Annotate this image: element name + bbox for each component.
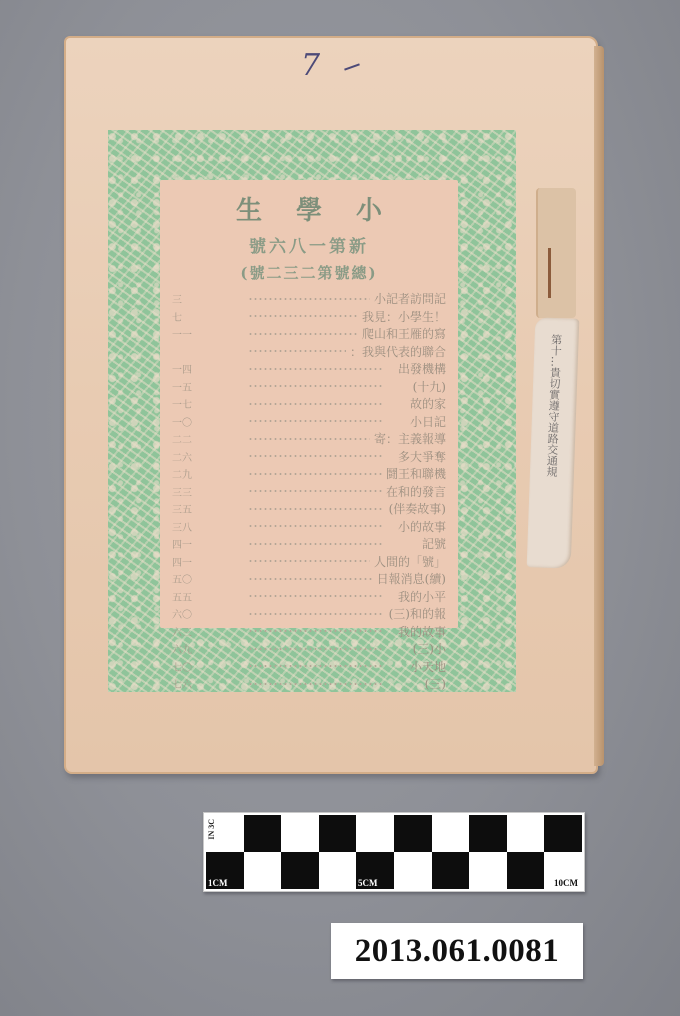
toc-row: 五〇日報消息(續): [172, 570, 446, 588]
toc-leader-dots: [248, 595, 382, 597]
toc-page-number: 七〇: [172, 659, 210, 674]
handwritten-dash: [344, 63, 360, 70]
toc-leader-dots: [248, 473, 382, 475]
toc-leader-dots: [248, 490, 382, 492]
toc-title: 我見：小學生！: [362, 308, 446, 325]
handwritten-mark: 7: [301, 48, 320, 83]
toc-row: 三八小的故事: [172, 518, 446, 536]
toc-page-number: 六〇: [172, 606, 210, 621]
toc-title: 我的故事: [386, 623, 446, 640]
toc-title: 人間的「號」: [374, 553, 446, 570]
toc-title: (三)小: [386, 640, 446, 657]
scale-cell-light: [469, 852, 507, 889]
toc-row: 六〇(三)和的報: [172, 605, 446, 623]
toc-page-number: 三五: [172, 501, 210, 516]
toc-title: 寄：主義報導: [374, 430, 446, 447]
toc-title: 小的故事: [386, 518, 446, 535]
table-of-contents: 三小記者訪問記七我見：小學生！一一爬山和王雁的寫：我與代表的聯合一四出發機構一五…: [172, 290, 446, 693]
toc-page-number: 一〇: [172, 414, 210, 429]
scale-cell-dark: [394, 815, 432, 852]
scale-cell-light: [394, 852, 432, 889]
scale-cell-light: [319, 852, 357, 889]
toc-page-number: 三三: [172, 484, 210, 499]
toc-title: (十九): [386, 378, 446, 395]
toc-row: 一四出發機構: [172, 360, 446, 378]
scale-cell-dark: [244, 815, 282, 852]
toc-leader-dots: [248, 420, 382, 422]
toc-page-number: 三八: [172, 519, 210, 534]
toc-page-number: 六三: [172, 624, 210, 639]
toc-title: 小日記: [386, 413, 446, 430]
toc-page-number: 一五: [172, 379, 210, 394]
magazine-page-edge: [594, 46, 604, 766]
toc-leader-dots: [248, 665, 382, 667]
toc-leader-dots: [248, 525, 382, 527]
toc-page-number: 五五: [172, 589, 210, 604]
rust-staple-mark: [548, 248, 551, 298]
toc-title: 我的小平: [386, 588, 446, 605]
toc-row: 一〇小日記: [172, 413, 446, 431]
toc-leader-dots: [248, 648, 382, 650]
scale-cell-light: [281, 815, 319, 852]
issue-number: 號六八一第新: [160, 232, 458, 257]
toc-page-number: 四一: [172, 536, 210, 551]
toc-title: 鬪王和聯機: [386, 465, 446, 482]
toc-row: 六三我的故事: [172, 623, 446, 641]
scale-cell-dark: [281, 852, 319, 889]
scale-cell-light: [356, 815, 394, 852]
toc-row: 三小記者訪問記: [172, 290, 446, 308]
toc-leader-dots: [248, 630, 382, 632]
toc-leader-dots: [248, 543, 382, 545]
toc-row: 二二寄：主義報導: [172, 430, 446, 448]
toc-leader-dots: [248, 368, 382, 370]
toc-page-number: 七: [172, 309, 210, 324]
toc-title: 小記者訪問記: [374, 290, 446, 307]
toc-page-number: 一一: [172, 326, 210, 341]
toc-page-number: 四一: [172, 554, 210, 569]
scale-label-5cm: 5CM: [358, 878, 378, 888]
toc-title: 日報消息(續): [377, 570, 446, 587]
toc-leader-dots: [248, 560, 370, 562]
toc-leader-dots: [248, 333, 358, 335]
scale-cell-light: [507, 815, 545, 852]
toc-row: 一一爬山和王雁的寫: [172, 325, 446, 343]
spine-label-text: 第十…貴切實遵守道路交通規: [544, 334, 563, 477]
toc-row: 三五(伴奏故事): [172, 500, 446, 518]
scale-cell-light: [432, 815, 470, 852]
scale-checker-grid: [206, 815, 582, 889]
scale-bar: IN 3C 1CM 5CM 10CM: [203, 812, 585, 892]
toc-leader-dots: [248, 508, 382, 510]
toc-leader-dots: [248, 298, 370, 300]
toc-title: 故的家: [386, 395, 446, 412]
toc-row: 四一記號: [172, 535, 446, 553]
toc-row: 一七故的家: [172, 395, 446, 413]
magazine-cover: 7 生學小 號六八一第新 (號二三二第號總) 三小記者訪問記七我見：小學生！一一…: [64, 36, 598, 774]
toc-row: 七〇小天地: [172, 658, 446, 676]
green-decorative-frame: 生學小 號六八一第新 (號二三二第號總) 三小記者訪問記七我見：小學生！一一爬山…: [108, 130, 516, 692]
scale-cell-light: [244, 852, 282, 889]
scale-cell-dark: [469, 815, 507, 852]
contents-panel: 生學小 號六八一第新 (號二三二第號總) 三小記者訪問記七我見：小學生！一一爬山…: [160, 180, 458, 628]
spine-label-paper: 第十…貴切實遵守道路交通規: [527, 317, 580, 568]
toc-leader-dots: [248, 455, 382, 457]
toc-title: (三)和的報: [386, 605, 446, 622]
toc-title: 爬山和王雁的寫: [362, 325, 446, 342]
toc-row: 七我見：小學生！: [172, 308, 446, 326]
toc-leader-dots: [248, 315, 358, 317]
toc-row: 一五(十九): [172, 378, 446, 396]
toc-leader-dots: [248, 385, 382, 387]
total-issue-number: (號二三二第號總): [160, 262, 458, 283]
toc-title: 出發機構: [386, 360, 446, 377]
toc-row: ：我與代表的聯合: [172, 343, 446, 361]
toc-row: 六九(三)小: [172, 640, 446, 658]
accession-number-label: 2013.061.0081: [331, 923, 583, 979]
archival-photograph: 7 生學小 號六八一第新 (號二三二第號總) 三小記者訪問記七我見：小學生！一一…: [0, 0, 680, 1016]
scale-cell-dark: [544, 815, 582, 852]
toc-row: 二九鬪王和聯機: [172, 465, 446, 483]
toc-page-number: 二二: [172, 431, 210, 446]
toc-leader-dots: [248, 403, 382, 405]
toc-row: 七六(三): [172, 675, 446, 693]
toc-page-number: 二九: [172, 466, 210, 481]
toc-row: 三三在和的發言: [172, 483, 446, 501]
toc-row: 二六多大爭奪: [172, 448, 446, 466]
toc-title: ：我與代表的聯合: [350, 343, 446, 360]
toc-row: 四一人間的「號」: [172, 553, 446, 571]
toc-page-number: 一四: [172, 361, 210, 376]
scale-cell-dark: [319, 815, 357, 852]
scale-label-corner: IN 3C: [207, 819, 216, 840]
toc-title: 小天地: [386, 658, 446, 675]
magazine-title: 生學小: [160, 190, 458, 227]
toc-title: 多大爭奪: [386, 448, 446, 465]
toc-leader-dots: [248, 438, 370, 440]
toc-leader-dots: [248, 613, 382, 615]
toc-leader-dots: [248, 350, 346, 352]
toc-title: 記號: [386, 535, 446, 552]
scale-label-1cm: 1CM: [208, 878, 228, 888]
scale-label-10cm: 10CM: [554, 878, 578, 888]
toc-page-number: 七六: [172, 676, 210, 691]
scale-cell-dark: [432, 852, 470, 889]
toc-title: (三): [386, 675, 446, 692]
toc-leader-dots: [248, 578, 373, 580]
toc-page-number: 五〇: [172, 571, 210, 586]
toc-page-number: 三: [172, 291, 210, 306]
toc-row: 五五我的小平: [172, 588, 446, 606]
toc-page-number: 一七: [172, 396, 210, 411]
toc-title: (伴奏故事): [386, 500, 446, 517]
toc-leader-dots: [248, 683, 382, 685]
toc-page-number: 六九: [172, 641, 210, 656]
scale-cell-dark: [507, 852, 545, 889]
toc-title: 在和的發言: [386, 483, 446, 500]
torn-spine-area: [536, 188, 576, 318]
toc-page-number: 二六: [172, 449, 210, 464]
